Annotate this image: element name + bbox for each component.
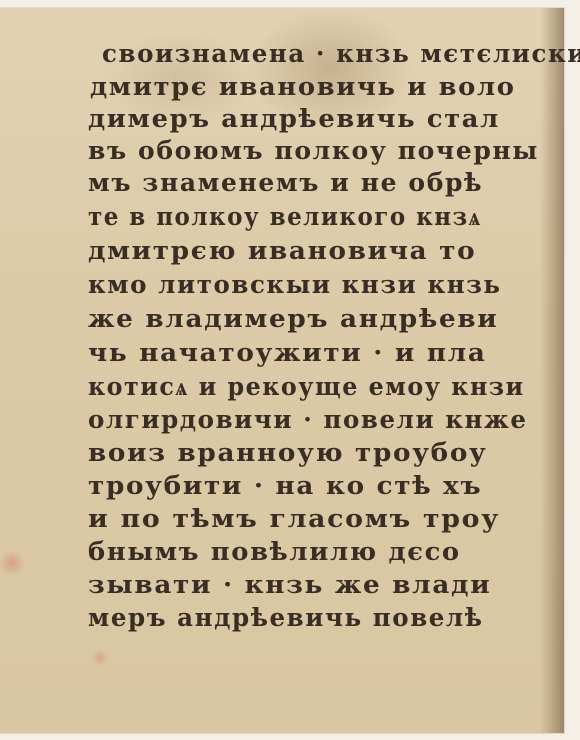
- text-line-15: и по тѣмъ гласомъ троу: [88, 505, 500, 533]
- text-line-3: димеръ андрѣевичь стал: [88, 105, 500, 133]
- text-line-7: дмитрєю ивановича то: [88, 237, 476, 265]
- text-line-2: дмитрє ивановичь и воло: [90, 73, 516, 101]
- text-line-17: зывати · кнзь же влади: [88, 571, 491, 599]
- text-line-14: троубити · на ко стѣ хъ: [88, 472, 482, 500]
- text-line-18: меръ андрѣевичь повелѣ: [88, 604, 484, 632]
- text-line-16: бнымъ повѣлилю дєсо: [88, 538, 461, 566]
- text-line-11: котисѧ и рекоуще емоу кнзи: [88, 373, 525, 401]
- text-line-8: кмо литовскыи кнзи кнзь: [88, 271, 502, 299]
- manuscript-page: своизнамена · кнзь мєтєлискии дмитрє ива…: [0, 8, 564, 733]
- text-line-12: олгирдовичи · повели кнже: [88, 406, 528, 434]
- text-line-5: мъ знаменемъ и не обрѣ: [88, 169, 483, 197]
- text-line-1: своизнамена · кнзь мєтєлискии: [102, 40, 580, 68]
- text-line-13: воиз вранноую троубоу: [88, 439, 488, 467]
- text-line-10: чь начатоужити · и пла: [88, 339, 487, 367]
- text-line-9: же владимеръ андрѣеви: [88, 305, 498, 333]
- text-line-4: въ обоюмъ полкоу почерны: [88, 137, 539, 165]
- text-line-6: те в полкоу великого кнзѧ: [88, 203, 482, 231]
